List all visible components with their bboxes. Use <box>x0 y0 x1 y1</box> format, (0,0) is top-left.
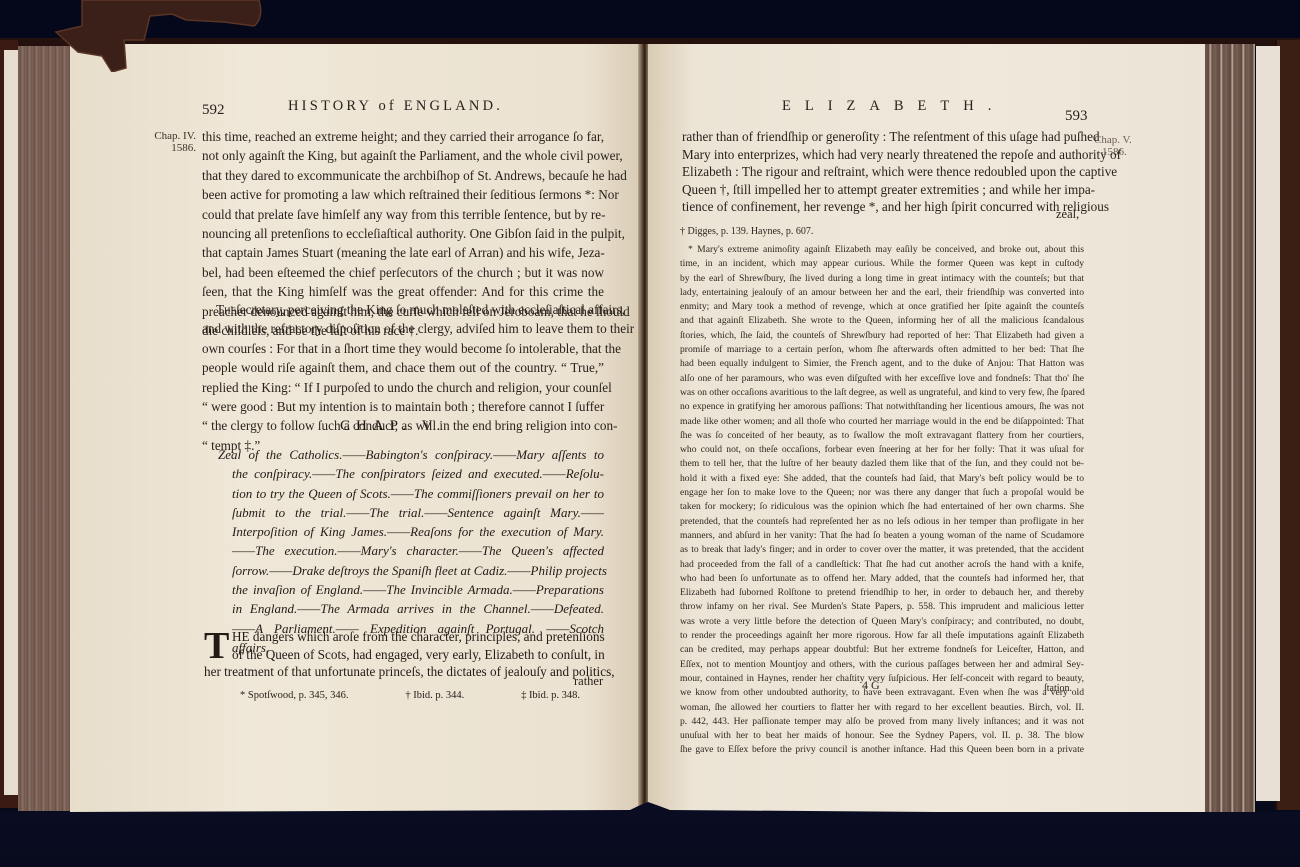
page-bottom-curve <box>70 800 1210 820</box>
footnote-line: to render the proceedings againſt her mo… <box>680 629 1084 643</box>
right-running-head: ELIZABETH. <box>782 98 1005 115</box>
text-line: not only againſt the King, but againſt t… <box>202 146 604 165</box>
bookmark-ribbon-icon <box>54 0 262 72</box>
margin-year: 1586. <box>144 142 196 154</box>
text-line: nouncing all pretenſions to eccleſiaſtic… <box>202 224 604 243</box>
footnote-line: throw infamy on her rival. See Murden's … <box>680 600 1084 614</box>
endpaper-right <box>1256 46 1280 801</box>
text-line: Elizabeth : The rigour and reſtraint, wh… <box>682 163 1084 181</box>
footnote-line: p. 442, 443. Her paſſionate temper may a… <box>680 715 1084 729</box>
summary-line: the conſpiracy.——The conſpirators ſeized… <box>218 464 604 483</box>
footnote: † Ibid. p. 344. <box>405 690 464 701</box>
footnote-line: was on other occaſions avaritious to the… <box>680 386 1084 400</box>
text-line: been active for promoting a law which re… <box>202 185 604 204</box>
footnote-line: promiſe of marriage to a certain perſon,… <box>680 343 1084 357</box>
summary-line: tion to try the Queen of Scots.——The com… <box>218 484 604 503</box>
dark-backdrop-bottom <box>0 812 1300 867</box>
summary-line: ——The execution.——Mary's character.——The… <box>218 541 604 560</box>
summary-line: Interpoſition of King James.——Reaſons fo… <box>218 522 604 541</box>
endpaper-left <box>4 50 18 795</box>
right-body-text: rather than of friendſhip or generoſity … <box>682 128 1084 216</box>
chapter-opening-paragraph: T HE dangers which aroſe from the charac… <box>204 628 604 681</box>
chapter-heading: CHAP. V. <box>340 418 446 435</box>
right-catchword: ſtation. <box>1044 683 1072 694</box>
text-line: this time, reached an extreme height; an… <box>202 127 604 146</box>
text-line: that they dared to excommunicate the arc… <box>202 166 604 185</box>
text-line: could that prelate ſave himſelf any way … <box>202 205 604 224</box>
drop-cap: T <box>204 629 229 663</box>
left-page-number: 592 <box>202 102 225 119</box>
footnote-line: hold it with a fixed eye: She added, tha… <box>680 472 1084 486</box>
page-edges-right <box>1205 44 1255 814</box>
margin-chapter: Chap. IV. <box>144 130 196 142</box>
left-footnotes: * Spotſwood, p. 345, 346. † Ibid. p. 344… <box>240 690 580 701</box>
right-page-number: 593 <box>1065 108 1088 125</box>
footnote-line: mour, contained in Haynes, render her ch… <box>680 672 1084 686</box>
text-line: replied the King: “ If I purpoſed to und… <box>202 378 604 397</box>
footnote-line: * Mary's extreme animoſity againſt Eliza… <box>680 243 1084 257</box>
text-line: “ were good : But my intention is to mai… <box>202 397 604 416</box>
footnote-line: pretended, that the counteſs had repreſe… <box>680 515 1084 529</box>
opening-line: her treatment of that unfortunate prince… <box>204 663 604 681</box>
opening-line: of the Queen of Scots, had engaged, very… <box>204 646 604 664</box>
footnote-line: lady, entertaining jealouſy of an amour … <box>680 286 1084 300</box>
summary-line: Zeal of the Catholics.——Babington's conſ… <box>218 445 604 464</box>
footnote: * Spotſwood, p. 345, 346. <box>240 690 349 701</box>
footnote-dagger: † Digges, p. 139. Haynes, p. 607. <box>680 225 1084 239</box>
footnote-line: can be credited, may perhaps appear doub… <box>680 643 1084 657</box>
text-line: bel, had been eſteemed the chief perſecu… <box>202 263 604 282</box>
footnote-line: taken for mockery; ſo ridiculous was the… <box>680 500 1084 514</box>
footnote-line: had proceeded from the fall of a candleſ… <box>680 558 1084 572</box>
footnote-line: who had been ſo unfortunate as to offend… <box>680 572 1084 586</box>
page-edges-left <box>18 46 70 811</box>
footnote-line: who could not, on theſe occaſions, forbe… <box>680 443 1084 457</box>
text-line: rather than of friendſhip or generoſity … <box>682 128 1084 146</box>
text-line: that captain James Stuart (meaning the l… <box>202 243 604 262</box>
footnote-line: no expence in gratifying her amorous paſ… <box>680 400 1084 414</box>
signature-mark: 4 G <box>862 678 880 693</box>
footnote-line: by the earl of Shrewſbury, ſhe lived dur… <box>680 272 1084 286</box>
footnote-line: woman, ſhe allowed her courtiers to flat… <box>680 701 1084 715</box>
text-line: The ſecretary, perceiving the King ſo mu… <box>202 300 604 319</box>
book-photo: 592 HISTORY of ENGLAND. Chap. IV. 1586. … <box>0 0 1300 867</box>
footnote-line: manners, and abſurd in her vanity: That … <box>680 529 1084 543</box>
footnote-line: as to break that lady's finger; and in o… <box>680 543 1084 557</box>
text-line: ſeen, that the King himſelf was the grea… <box>202 282 604 301</box>
summary-line: in England.——The Armada arrives in the C… <box>218 599 604 618</box>
left-catchword: rather <box>574 674 603 689</box>
text-line: Queen †, ſtill impelled her to attempt g… <box>682 181 1084 199</box>
footnote: ‡ Ibid. p. 348. <box>521 690 580 701</box>
footnote-line: engage her ſon to make love to the Queen… <box>680 486 1084 500</box>
footnote-line: Eſſex, not to mention Mountjoy and other… <box>680 658 1084 672</box>
footnote-star: * Mary's extreme animoſity againſt Eliza… <box>680 243 1084 758</box>
footnote-line: Elizabeth had ſuborned Rolſtone to prete… <box>680 586 1084 600</box>
summary-line: ſorrow.——Drake deſtroys the Spaniſh flee… <box>218 561 604 580</box>
margin-chapter: Chap. V. <box>1094 134 1154 146</box>
footnote-line: them to tell her, that the luſtre of her… <box>680 457 1084 471</box>
footnote-line: we know from other undoubted authority, … <box>680 686 1084 700</box>
text-line: tience of confinement, her revenge *, an… <box>682 198 1084 216</box>
chapter-summary: Zeal of the Catholics.——Babington's conſ… <box>218 445 604 657</box>
footnote-line: and that againſt Elizabeth. She wrote to… <box>680 314 1084 328</box>
footnote-line: ſtories, which, ſhe ſaid, the counteſs o… <box>680 329 1084 343</box>
summary-line: the invaſion of England.——The Invincible… <box>218 580 604 599</box>
text-line: Mary into enterprizes, which had very ne… <box>682 146 1084 164</box>
footnote-line: time, in an incident, which may appear c… <box>680 257 1084 271</box>
text-line: and with the refractory diſpoſition of t… <box>202 319 604 338</box>
right-top-catchword: zeal, <box>1056 207 1079 222</box>
footnote-line: had been equally indulgent to Simier, th… <box>680 357 1084 371</box>
text-line: own courſes : For that in a ſhort time t… <box>202 339 604 358</box>
footnote-line: ſhe gave to Eſſex before the privy counc… <box>680 743 1084 757</box>
left-margin-note: Chap. IV. 1586. <box>144 130 196 154</box>
footnote-line: unuſual with her to beat her maids of ho… <box>680 729 1084 743</box>
left-running-head: HISTORY of ENGLAND. <box>288 98 503 115</box>
footnote-line: was wrote a very little before the detec… <box>680 615 1084 629</box>
smallcaps-lead: The <box>216 300 236 319</box>
opening-line: HE dangers which aroſe from the characte… <box>204 628 604 646</box>
footnote-line: made like other women; and all thoſe who… <box>680 415 1084 429</box>
footnote-line: ſhe was ſo conceited of her beauty, as t… <box>680 429 1084 443</box>
footnote-line: alſo one of her paramours, who was even … <box>680 372 1084 386</box>
text-line: people would riſe againſt them, and chac… <box>202 358 604 377</box>
footnote-line: enmity; and Mary took a method of reveng… <box>680 300 1084 314</box>
summary-line: ſubmit to the trial.——The trial.——Senten… <box>218 503 604 522</box>
